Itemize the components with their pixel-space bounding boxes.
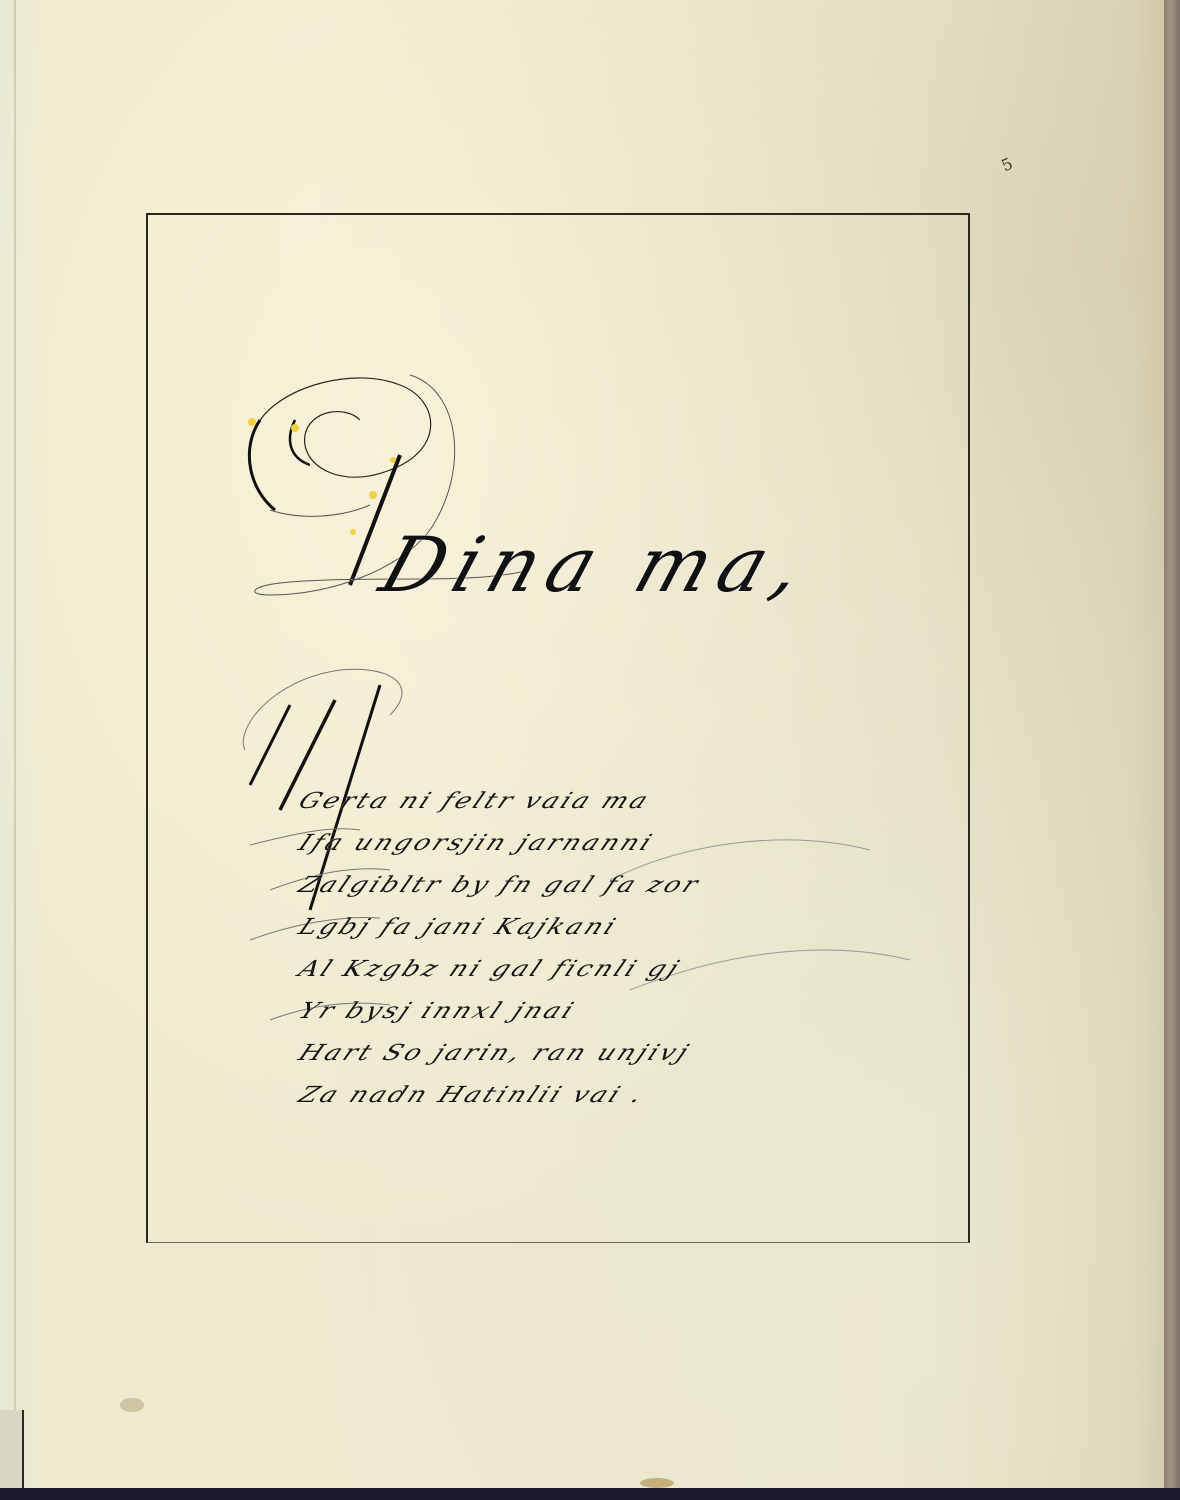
page-number: 5 <box>998 154 1015 176</box>
page-edge-strip <box>1164 0 1180 1500</box>
poem-line: Hart So jarin, ran unjivj <box>292 1035 929 1071</box>
manuscript-page: 5 Dina ma, Gerta ni feltr vaia ma Ifa un… <box>0 0 1166 1490</box>
poem-body: Gerta ni feltr vaia ma Ifa ungorsjin jar… <box>300 780 920 1116</box>
paper-stain <box>640 1478 674 1488</box>
poem-line: Za nadn Hatinlii vai . <box>292 1077 929 1113</box>
poem-line: Yr bysj innxl jnai <box>292 993 929 1029</box>
poem-line: Al Kzgbz ni gal ficnli gj <box>292 951 929 987</box>
title-text: Dina ma <box>371 520 791 609</box>
torn-corner <box>0 1410 24 1500</box>
poem-line: Zalgibltr by fn gal fa zor <box>292 867 929 903</box>
poem-line: Gerta ni feltr vaia ma <box>292 783 929 819</box>
poem-line: Ifa ungorsjin jarnanni <box>292 825 929 861</box>
poem-line: Lgbj fa jani Kajkani <box>292 909 929 945</box>
paper-stain <box>120 1398 144 1412</box>
document-title: Dina ma, <box>371 520 825 609</box>
scan-background-strip <box>0 1488 1180 1500</box>
binding-fold <box>14 0 16 1420</box>
